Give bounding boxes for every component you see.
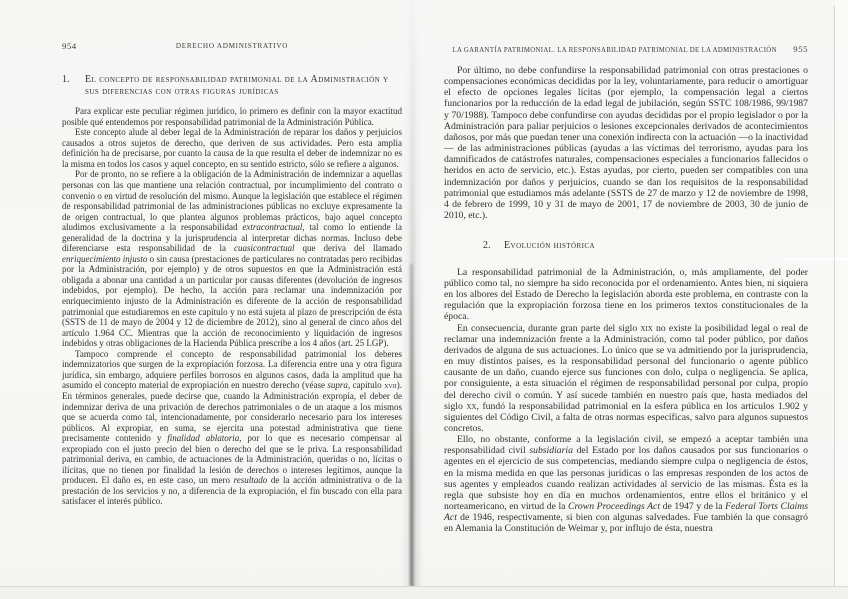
book-gutter-shadow [401, 0, 423, 586]
section-heading-1: 1. El concepto de responsabilidad patrim… [62, 74, 402, 97]
left-page-number: 954 [62, 41, 77, 51]
paragraph: Para explicar este peculiar régimen jurí… [62, 106, 402, 127]
paragraph: Por de pronto, no se refiere a la obliga… [62, 169, 402, 348]
left-running-title: DERECHO ADMINISTRATIVO [62, 42, 402, 50]
paragraph: Este concepto alude al deber legal de la… [62, 127, 402, 169]
section-title: El concepto de responsabilidad patrimoni… [85, 74, 402, 97]
right-running-header: LA GARANTÍA PATRIMONIAL. LA RESPONSABILI… [444, 44, 808, 55]
section-number: 2. [483, 240, 504, 252]
right-page: LA GARANTÍA PATRIMONIAL. LA RESPONSABILI… [444, 44, 808, 535]
paragraph: Tampoco comprende el concepto de respons… [62, 349, 402, 507]
paragraph: La responsabilidad patrimonial de la Adm… [444, 267, 808, 323]
paragraph: En consecuencia, durante gran parte del … [444, 323, 808, 435]
right-running-title: LA GARANTÍA PATRIMONIAL. LA RESPONSABILI… [444, 47, 785, 54]
left-page: 954 DERECHO ADMINISTRATIVO 1. El concept… [62, 42, 402, 507]
right-page-number: 955 [793, 44, 808, 54]
page-edge-line [834, 6, 835, 586]
section-heading-2: 2. Evolución histórica [483, 240, 808, 252]
book-scan: 954 DERECHO ADMINISTRATIVO 1. El concept… [0, 0, 848, 599]
right-page-body-bottom: La responsabilidad patrimonial de la Adm… [444, 267, 808, 535]
section-title: Evolución histórica [504, 240, 595, 252]
left-running-header: 954 DERECHO ADMINISTRATIVO [62, 42, 402, 53]
page-right-margin [835, 0, 848, 586]
paragraph: Por último, no debe confundirse la respo… [444, 65, 808, 221]
scan-bottom-margin [0, 587, 848, 599]
left-page-body: Para explicar este peculiar régimen jurí… [62, 106, 402, 507]
right-page-body-top: Por último, no debe confundirse la respo… [444, 65, 808, 221]
paragraph: Ello, no obstante, conforme a la legisla… [444, 434, 808, 534]
section-number: 1. [62, 74, 85, 97]
